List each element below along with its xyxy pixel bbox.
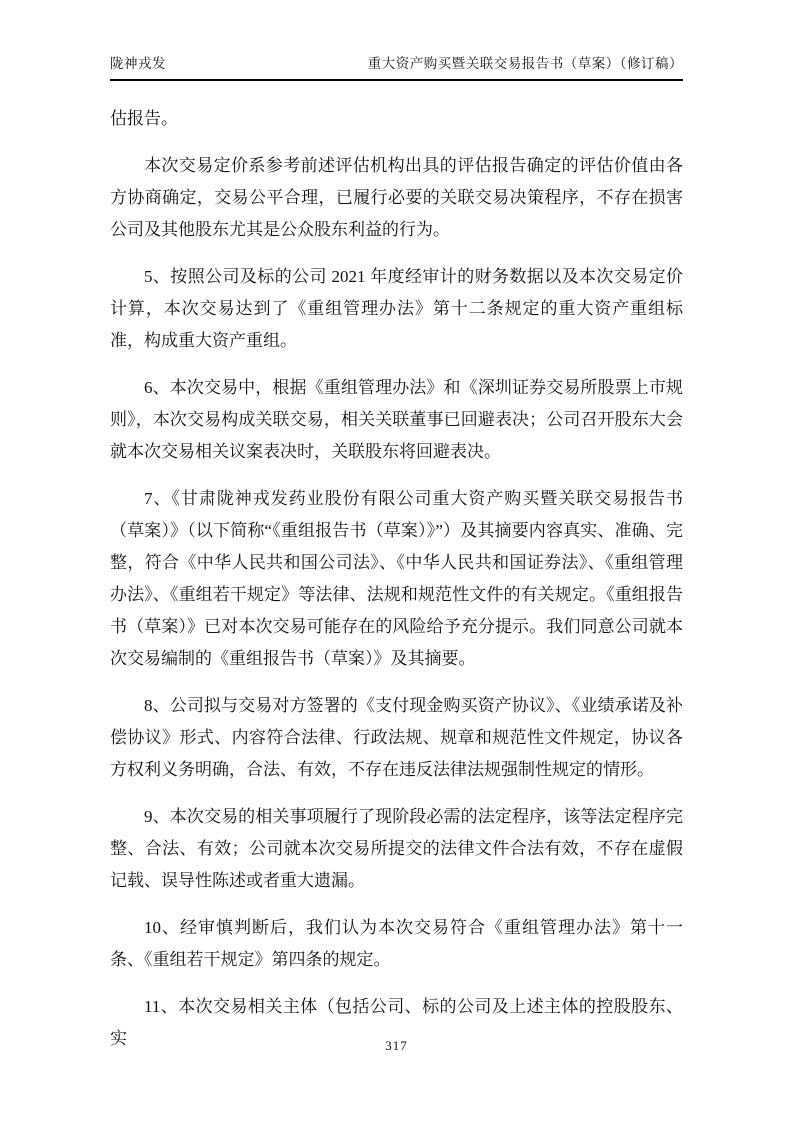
header-report-title: 重大资产购买暨关联交易报告书（草案）（修订稿） [368, 52, 683, 72]
paragraph-item-10: 10、经审慎判断后，我们认为本次交易符合《重组管理办法》第十一条、《重组若干规定… [110, 912, 683, 976]
paragraph-item-8: 8、公司拟与交易对方签署的《支付现金购买资产协议》、《业绩承诺及补偿协议》形式、… [110, 690, 683, 786]
document-body: 估报告。 本次交易定价系参考前述评估机构出具的评估报告确定的评估价值由各方协商确… [110, 103, 683, 1070]
paragraph-item-6: 6、本次交易中，根据《重组管理办法》和《深圳证券交易所股票上市规则》，本次交易构… [110, 372, 683, 468]
paragraph-continuation: 估报告。 [110, 103, 683, 135]
paragraph-item-7: 7、《甘肃陇神戎发药业股份有限公司重大资产购买暨关联交易报告书（草案）》（以下简… [110, 483, 683, 675]
paragraph-item-5: 5、按照公司及标的公司 2021 年度经审计的财务数据以及本次交易定价计算，本次… [110, 261, 683, 357]
document-page: 陇神戎发 重大资产购买暨关联交易报告书（草案）（修订稿） 估报告。 本次交易定价… [0, 0, 793, 1122]
page-number: 317 [385, 1038, 408, 1053]
paragraph-item-9: 9、本次交易的相关事项履行了现阶段必需的法定程序，该等法定程序完整、合法、有效；… [110, 801, 683, 897]
header-company-name: 陇神戎发 [110, 52, 166, 72]
paragraph-pricing-fairness: 本次交易定价系参考前述评估机构出具的评估报告确定的评估价值由各方协商确定，交易公… [110, 150, 683, 246]
page-footer: 317 [0, 1038, 793, 1054]
page-header: 陇神戎发 重大资产购买暨关联交易报告书（草案）（修订稿） [110, 52, 683, 81]
